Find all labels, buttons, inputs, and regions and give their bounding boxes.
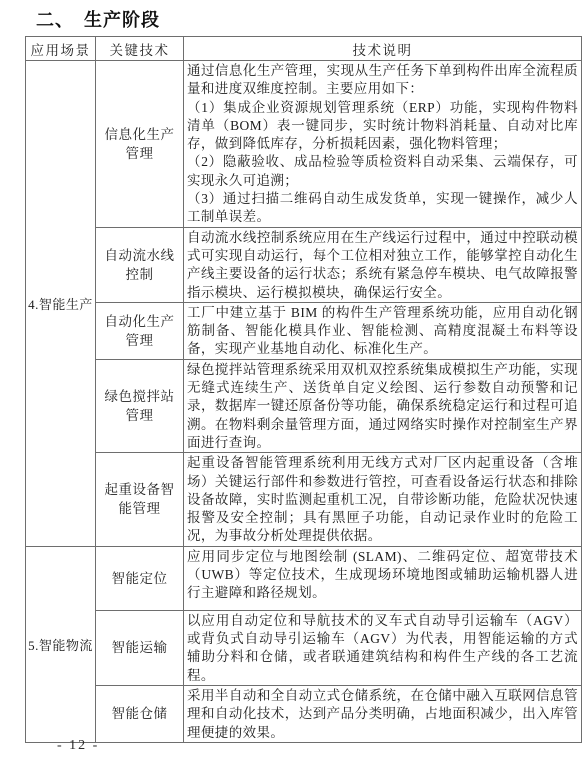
- table-row: 4.智能生产 信息化生产管理 通过信息化生产管理，实现从生产任务下单到构件出库全…: [26, 61, 582, 228]
- tech-cell: 起重设备智能管理: [96, 453, 184, 546]
- page-title: 二、 生产阶段: [36, 6, 160, 32]
- desc-cell: 以应用自动定位和导航技术的叉车式自动导引运输车（AGV）或背负式自动导引运输车（…: [184, 610, 582, 685]
- desc-cell: 通过信息化生产管理，实现从生产任务下单到构件出库全流程质量和进度双维度控制。主要…: [184, 61, 582, 228]
- table-row: 自动流水线控制 自动流水线控制系统应用在生产线运行过程中，通过中控联动模式可实现…: [26, 227, 582, 302]
- tech-cell: 自动化生产管理: [96, 302, 184, 359]
- header-application-scenario: 应用场景: [26, 37, 96, 61]
- header-row: 应用场景 关键技术 技术说明: [26, 37, 582, 61]
- tech-cell: 智能运输: [96, 610, 184, 685]
- tech-cell: 绿色搅拌站管理: [96, 359, 184, 452]
- table-row: 绿色搅拌站管理 绿色搅拌站管理系统采用双机双控系统集成模拟生产功能，实现无缝式连…: [26, 359, 582, 452]
- table-row: 起重设备智能管理 起重设备智能管理系统利用无线方式对厂区内起重设备（含堆场）关键…: [26, 453, 582, 546]
- header-key-technology: 关键技术: [96, 37, 184, 61]
- desc-cell: 自动流水线控制系统应用在生产线运行过程中，通过中控联动模式可实现自动运行，每个工…: [184, 227, 582, 302]
- desc-cell: 工厂中建立基于 BIM 的构件生产管理系统功能，应用自动化钢筋制备、智能化模具作…: [184, 302, 582, 359]
- production-stage-table: 应用场景 关键技术 技术说明 4.智能生产 信息化生产管理 通过信息化生产管理，…: [25, 36, 582, 743]
- desc-cell: 起重设备智能管理系统利用无线方式对厂区内起重设备（含堆场）关键运行部件和参数进行…: [184, 453, 582, 546]
- table-row: 智能运输 以应用自动定位和导航技术的叉车式自动导引运输车（AGV）或背负式自动导…: [26, 610, 582, 685]
- table-row: 智能仓储 采用半自动和全自动立式仓储系统，在仓储中融入互联网信息管理和自动化技术…: [26, 685, 582, 742]
- table-row: 5.智能物流 智能定位 应用同步定位与地图绘制 (SLAM)、二维码定位、超宽带…: [26, 546, 582, 610]
- tech-cell: 信息化生产管理: [96, 61, 184, 228]
- desc-cell: 绿色搅拌站管理系统采用双机双控系统集成模拟生产功能，实现无缝式连续生产、送货单自…: [184, 359, 582, 452]
- tech-cell: 智能定位: [96, 546, 184, 610]
- tech-cell: 智能仓储: [96, 685, 184, 742]
- tech-cell: 自动流水线控制: [96, 227, 184, 302]
- scenario-cell-smart-logistics: 5.智能物流: [26, 546, 96, 742]
- scenario-cell-smart-production: 4.智能生产: [26, 61, 96, 547]
- header-technical-description: 技术说明: [184, 37, 582, 61]
- desc-cell: 应用同步定位与地图绘制 (SLAM)、二维码定位、超宽带技术（UWB）等定位技术…: [184, 546, 582, 610]
- desc-cell: 采用半自动和全自动立式仓储系统，在仓储中融入互联网信息管理和自动化技术，达到产品…: [184, 685, 582, 742]
- document-page: 二、 生产阶段 应用场景 关键技术 技术说明 4.智能生产 信息化生产管理 通过…: [0, 0, 587, 776]
- page-number: - 12 -: [57, 738, 99, 754]
- table-row: 自动化生产管理 工厂中建立基于 BIM 的构件生产管理系统功能，应用自动化钢筋制…: [26, 302, 582, 359]
